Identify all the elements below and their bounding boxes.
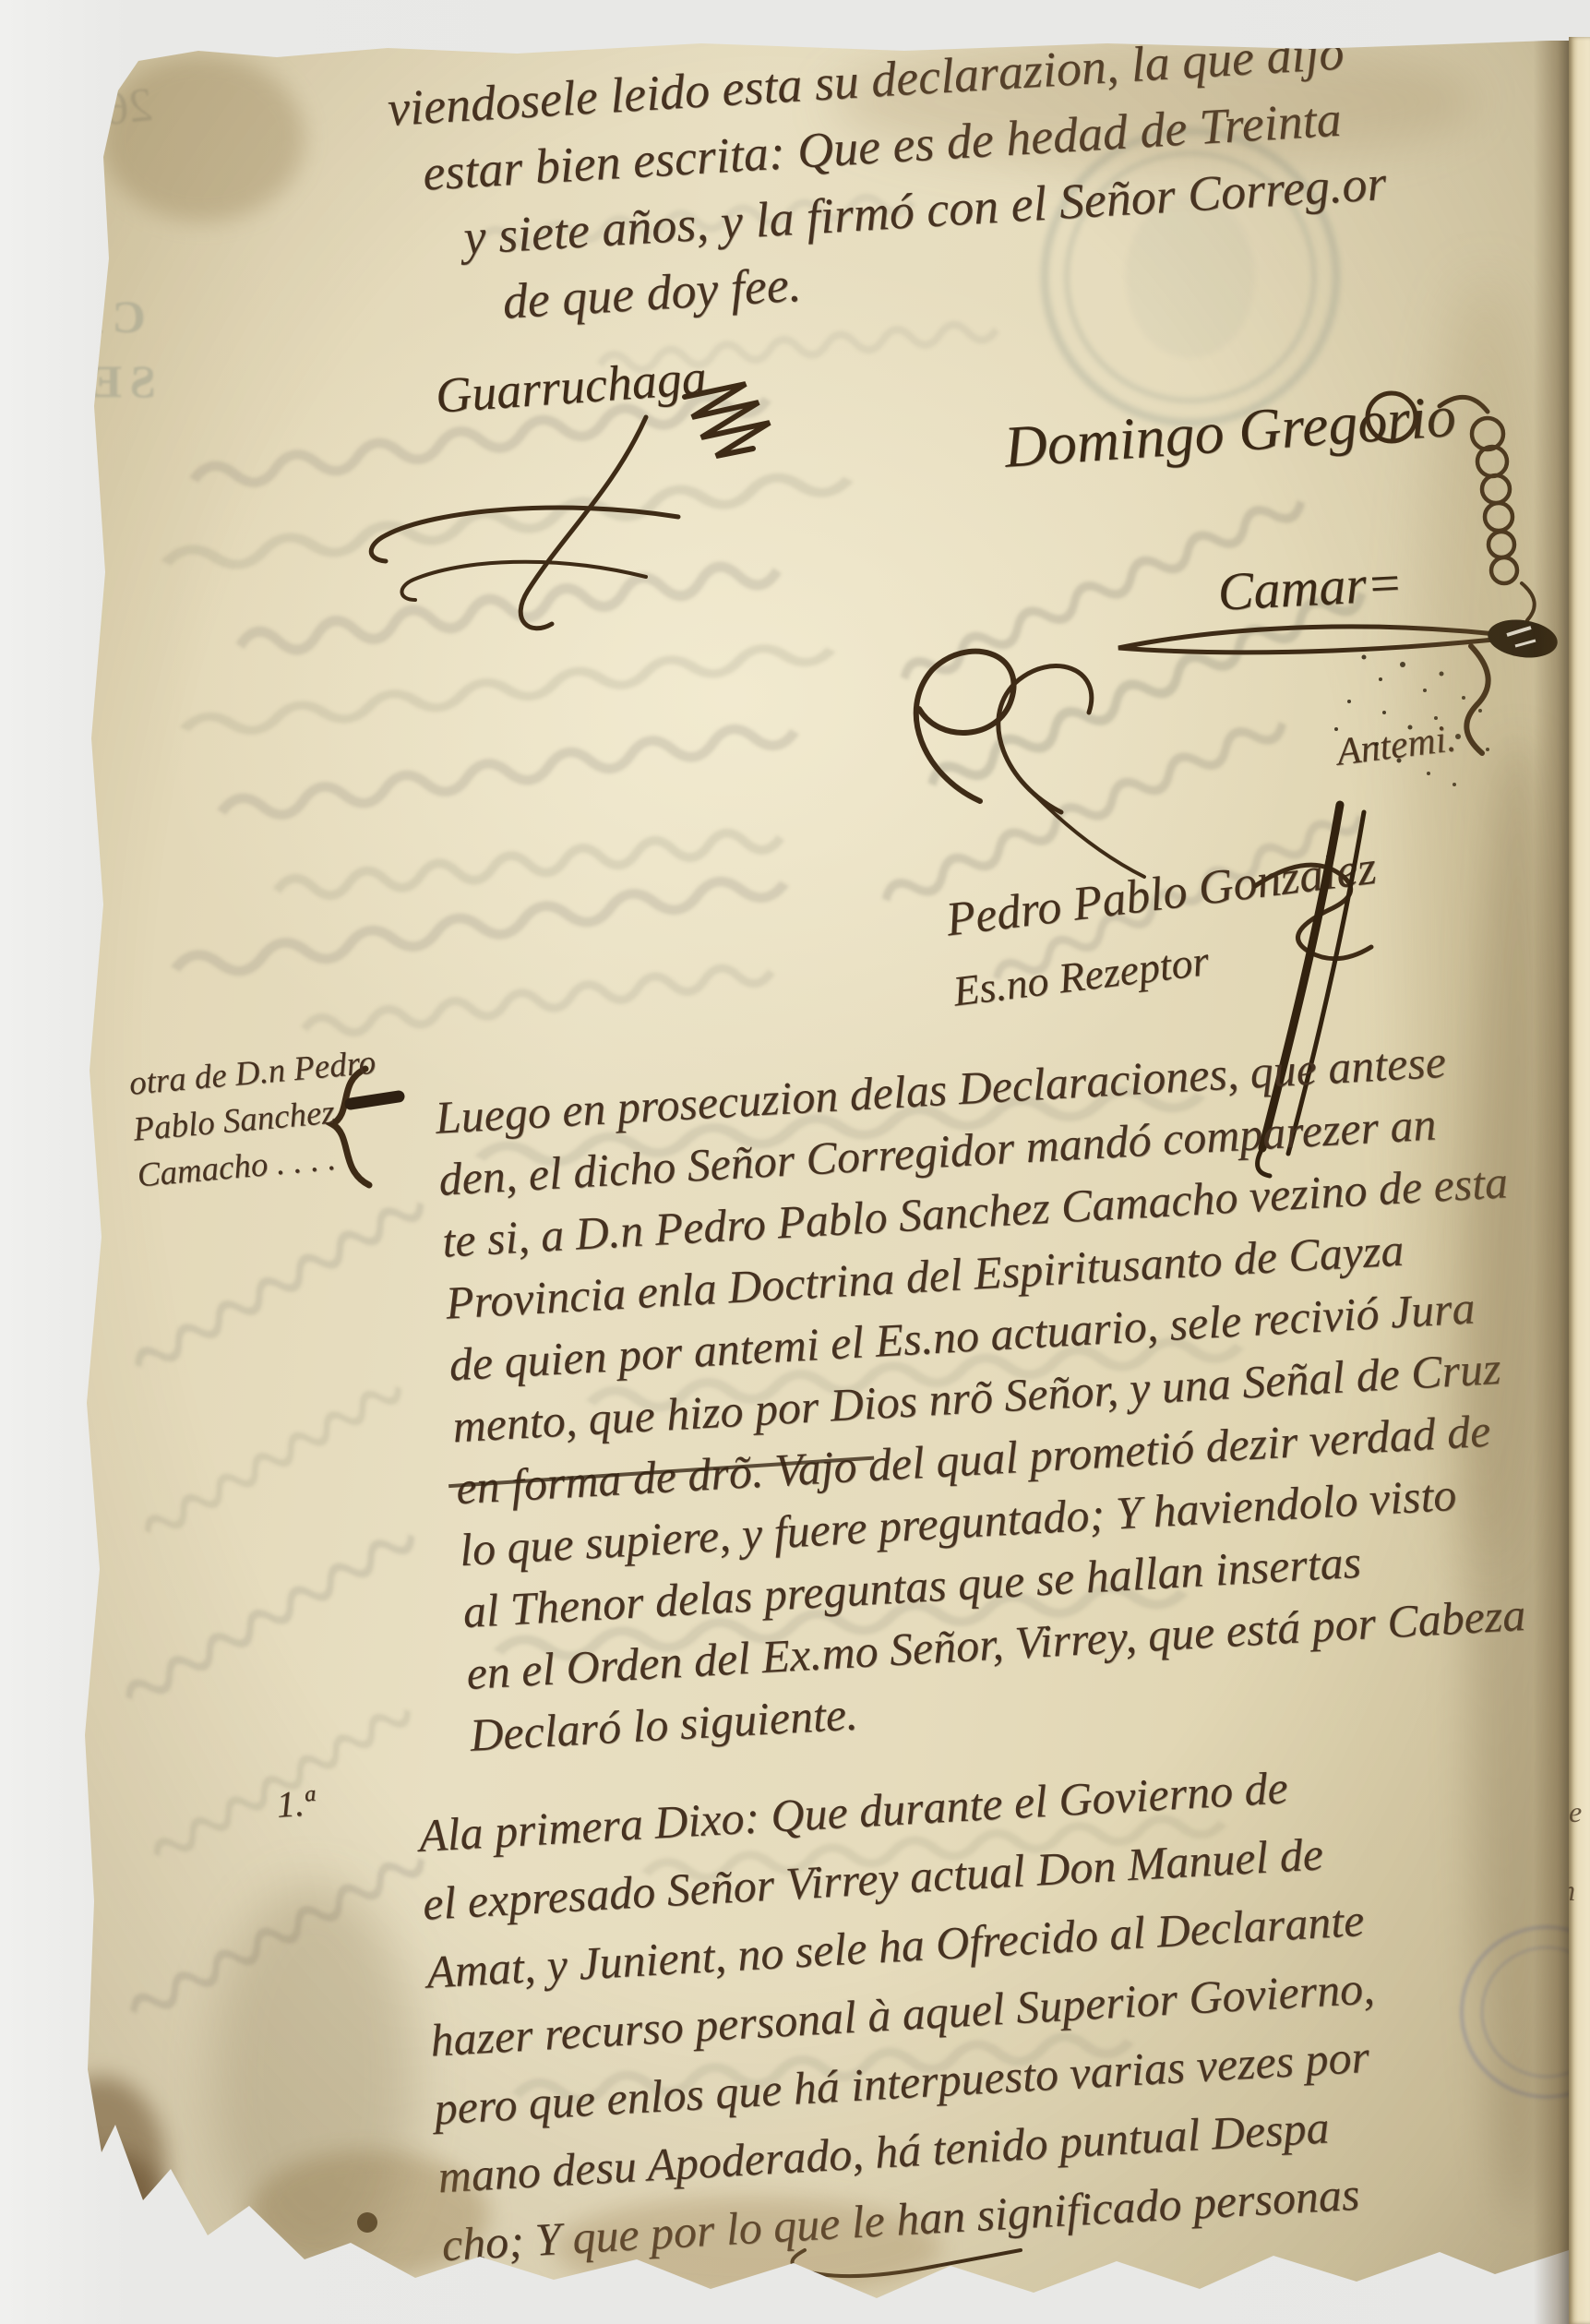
next-page-text-fragment: m [1569, 1874, 1575, 1908]
vignette [0, 0, 1590, 2324]
next-page-edge: de m [1569, 37, 1590, 2324]
binding-gutter-shadow [1534, 41, 1572, 2324]
next-page-text-fragment: de [1569, 1795, 1582, 1829]
manuscript-page: 264 TILLO. A CIENTOS Y SETE SESENTA Y OC… [0, 0, 1590, 2324]
photographed-manuscript: 264 TILLO. A CIENTOS Y SETE SESENTA Y OC… [0, 0, 1590, 2324]
